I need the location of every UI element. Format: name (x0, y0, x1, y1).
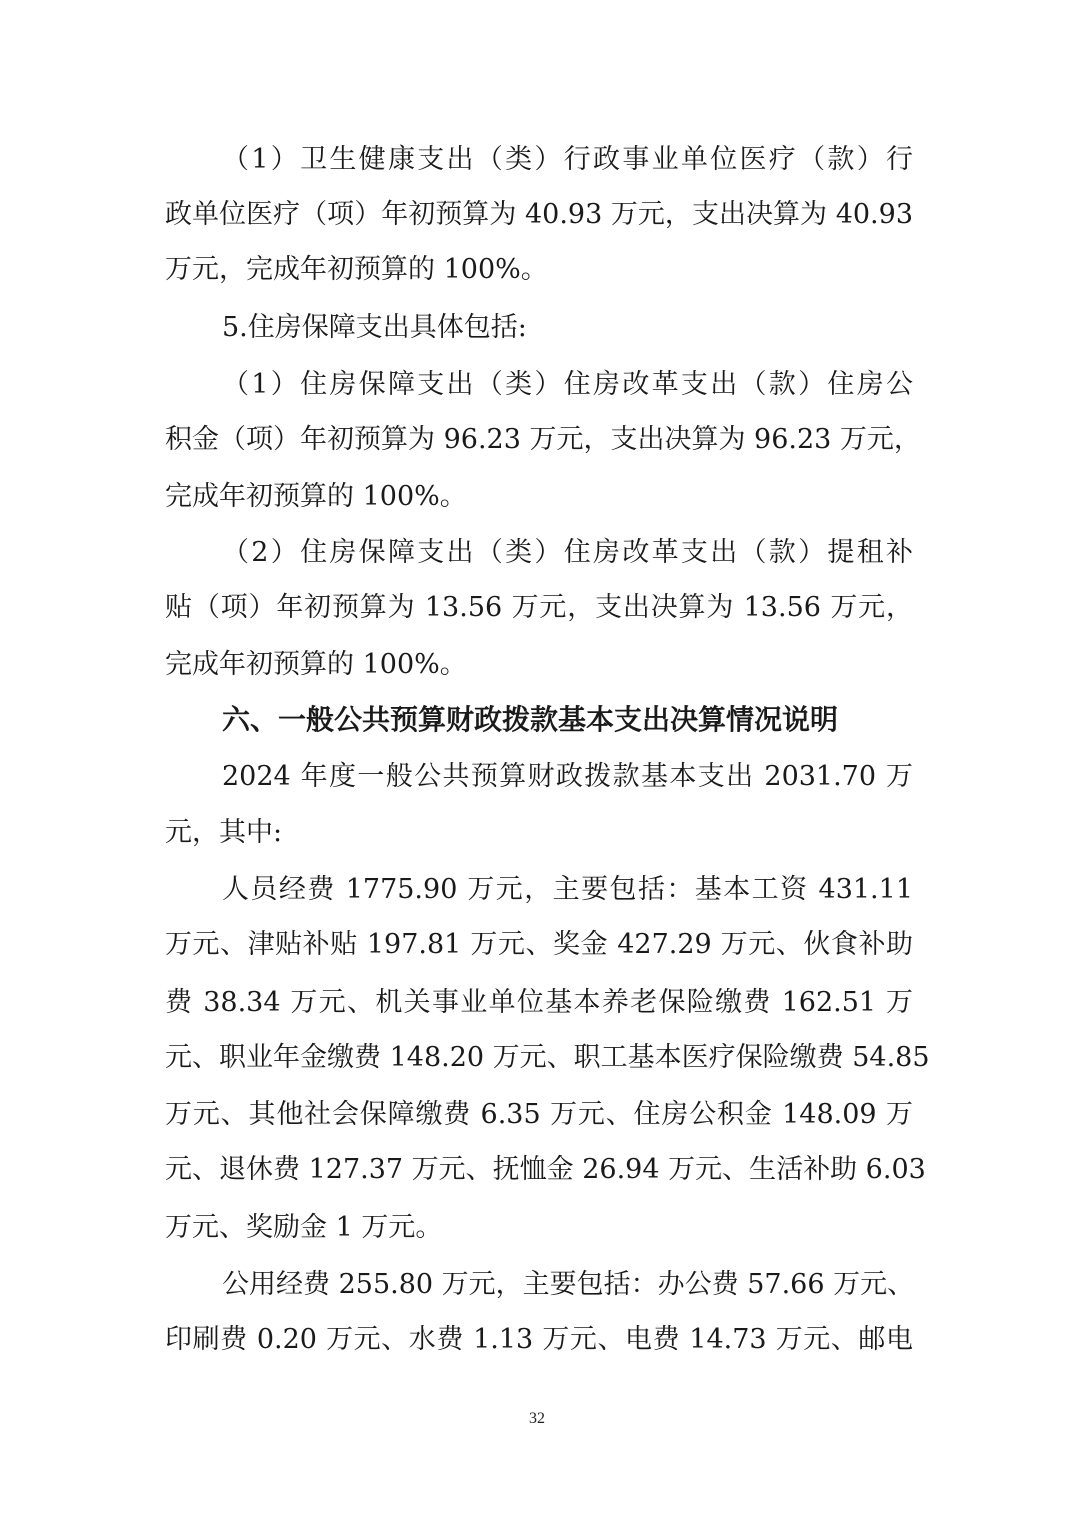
paragraph-line: 贴（项）年初预算为 13.56 万元，支出决算为 13.56 万元， (165, 588, 913, 628)
paragraph-line: 积金（项）年初预算为 96.23 万元，支出决算为 96.23 万元， (165, 420, 913, 460)
paragraph-line: （2）住房保障支出（类）住房改革支出（款）提租补 (222, 533, 913, 573)
paragraph-line: 5.住房保障支出具体包括: (222, 308, 913, 348)
document-page: （1）卫生健康支出（类）行政事业单位医疗（款）行政单位医疗（项）年初预算为 40… (0, 0, 1074, 1520)
page-number: 32 (0, 1410, 1074, 1428)
paragraph-line: 完成年初预算的 100%。 (165, 645, 913, 685)
paragraph-line: 万元、津贴补贴 197.81 万元、奖金 427.29 万元、伙食补助 (165, 925, 913, 965)
paragraph-line: 万元、奖励金 1 万元。 (165, 1208, 913, 1248)
paragraph-line: （1）住房保障支出（类）住房改革支出（款）住房公 (222, 365, 913, 405)
paragraph-line: 元，其中: (165, 813, 913, 853)
paragraph-line: 元、职业年金缴费 148.20 万元、职工基本医疗保险缴费 54.85 (165, 1038, 913, 1078)
paragraph-line: （1）卫生健康支出（类）行政事业单位医疗（款）行 (222, 140, 913, 180)
paragraph-line: 万元，完成年初预算的 100%。 (165, 250, 913, 290)
paragraph-line: 元、退休费 127.37 万元、抚恤金 26.94 万元、生活补助 6.03 (165, 1150, 913, 1190)
paragraph-line: 人员经费 1775.90 万元，主要包括：基本工资 431.11 (222, 870, 913, 910)
paragraph-line: 完成年初预算的 100%。 (165, 477, 913, 517)
paragraph-line: 公用经费 255.80 万元，主要包括：办公费 57.66 万元、 (222, 1265, 913, 1305)
paragraph-line: 政单位医疗（项）年初预算为 40.93 万元，支出决算为 40.93 (165, 195, 913, 235)
paragraph-line: 印刷费 0.20 万元、水费 1.13 万元、电费 14.73 万元、邮电 (165, 1320, 913, 1360)
paragraph-line: 费 38.34 万元、机关事业单位基本养老保险缴费 162.51 万 (165, 983, 913, 1023)
section-heading: 六、一般公共预算财政拨款基本支出决算情况说明 (222, 700, 913, 740)
paragraph-line: 2024 年度一般公共预算财政拨款基本支出 2031.70 万 (222, 757, 913, 797)
paragraph-line: 万元、其他社会保障缴费 6.35 万元、住房公积金 148.09 万 (165, 1095, 913, 1135)
